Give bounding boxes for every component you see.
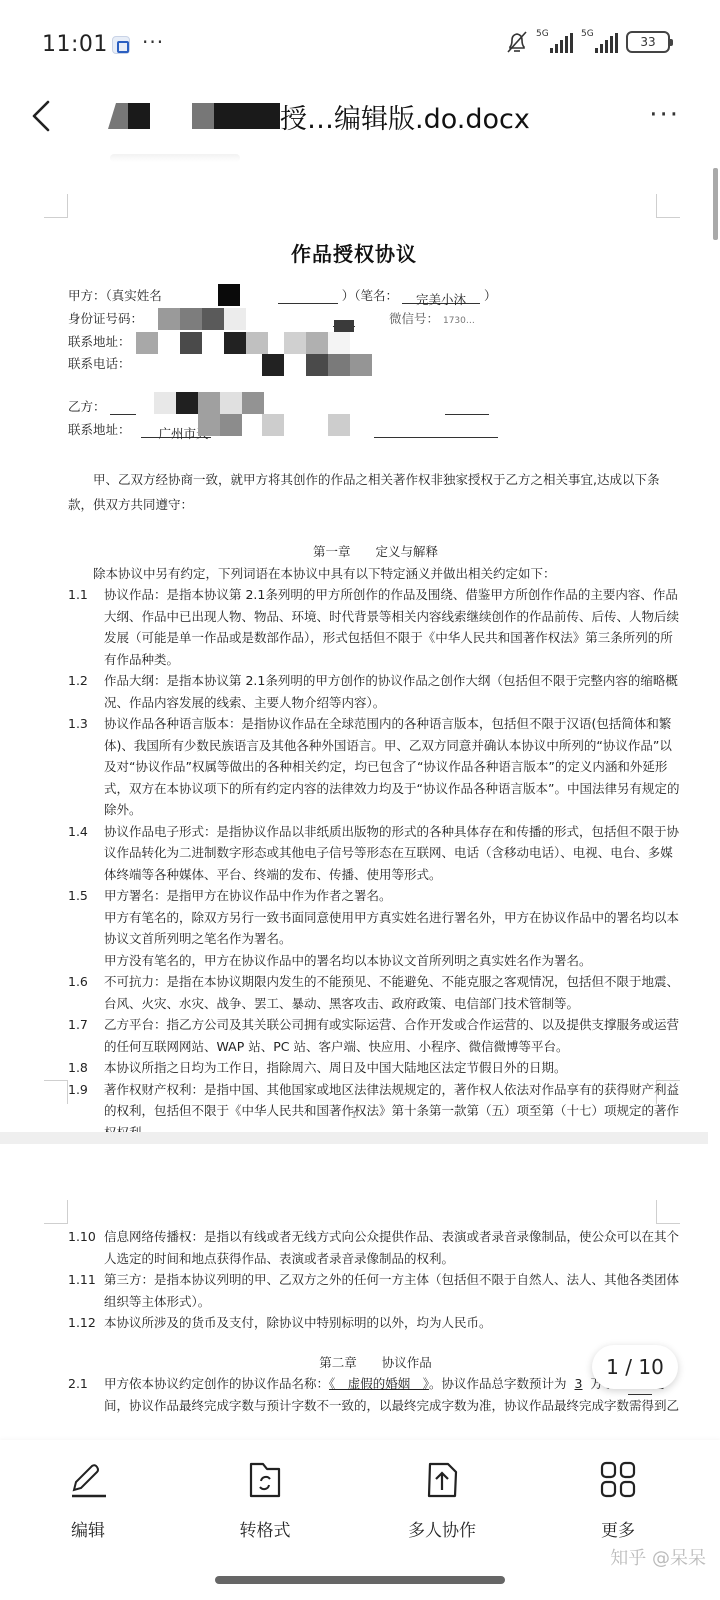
redacted-filename-part (128, 103, 150, 129)
clause-1-5-sub-2: 甲方没有笔名的，甲方在协议作品中的署名均以本协议文首所列明之真实姓名作为署名。 (68, 950, 683, 972)
notification-app-icon (112, 36, 130, 54)
status-bar: 11:01 ··· 5G 5G 33 (0, 0, 720, 80)
bell-muted-icon (506, 30, 528, 54)
redacted-filename-part (108, 103, 128, 129)
clause-1-11: 1.11第三方：是指本协议列明的甲、乙双方之外的任何一方主体（包括但不限于自然人… (68, 1269, 683, 1312)
chapter-2-heading: 第二章 协议作品 (68, 1352, 683, 1374)
filename-text: 授…编辑版.do.docx (280, 97, 530, 136)
clause-1-3: 1.3协议作品各种语言版本：是指协议作品在全球范围内的各种语言版本，包括但不限于… (68, 713, 683, 821)
margin-corner-mark (44, 1080, 68, 1104)
status-indicators: 5G 5G 33 (506, 30, 670, 54)
page-number: 1 (0, 1110, 708, 1121)
party-b-row: 乙方： (68, 397, 489, 415)
signal-5g-1-icon: 5G (536, 31, 573, 53)
share-collab-icon (382, 1460, 502, 1500)
pen-name-value: 完美小沐 (402, 290, 480, 304)
clause-1-6: 1.6不可抗力：是指在本协议期限内发生的不能预见、不能避免、不能克服之客观情况，… (68, 971, 683, 1014)
convert-format-label: 转格式 (205, 1516, 325, 1541)
clause-1-1: 1.1协议作品：是指本协议第 2.1条列明的甲方所创作的作品及围绕、借鉴甲方所创… (68, 584, 683, 670)
document-title-bar: 授…编辑版.do.docx ··· (0, 80, 720, 160)
clause-1-5-sub-1: 甲方有笔名的，除双方另行一致书面同意使用甲方真实姓名进行署名外，甲方在协议作品中… (68, 907, 683, 950)
edit-button[interactable]: 编辑 (28, 1460, 148, 1541)
margin-corner-mark (656, 1200, 680, 1224)
clause-1-4: 1.4协议作品电子形式：是指协议作品以非纸质出版物的形式的各种具体存在和传播的形… (68, 821, 683, 886)
status-overflow-dots: ··· (142, 30, 164, 54)
clause-1-5: 1.5甲方署名：是指甲方在协议作品中作为作者之署名。 (68, 885, 683, 907)
chapter-1-lead: 除本协议中另有约定，下列词语在本协议中具有以下特定涵义并做出相关约定如下： (68, 563, 683, 585)
status-time: 11:01 (42, 32, 108, 57)
document-page-1[interactable]: 作品授权协议 甲方：（真实姓名 ）（笔名： 完美小沐 ） 身份证号码： 微信号：… (0, 162, 708, 1132)
redacted-filename-part (192, 103, 214, 129)
redacted-filename-part (214, 103, 280, 129)
margin-corner-mark (44, 194, 68, 218)
margin-corner-mark (656, 194, 680, 218)
document-filename: 授…编辑版.do.docx (108, 98, 530, 134)
word-count: 3 (567, 1376, 591, 1391)
back-arrow-icon[interactable] (22, 96, 62, 136)
margin-corner-mark (44, 1200, 68, 1224)
work-title: 《 虚假的婚姻 》 (329, 1376, 429, 1391)
clause-1-8: 1.8本协议所指之日均为工作日，指除周六、周日及中国大陆地区法定节假日外的日期。 (68, 1057, 683, 1079)
document-body-page-2: 1.10信息网络传播权：是指以有线或者无线方式向公众提供作品、表演或者录音录像制… (68, 1226, 683, 1414)
clause-1-12: 1.12本协议所涉及的货币及支付，除协议中特别标明的以外，均为人民币。 (68, 1312, 683, 1334)
convert-format-icon (205, 1460, 325, 1500)
document-heading: 作品授权协议 (0, 238, 708, 267)
more-label: 更多 (558, 1516, 678, 1541)
chapter-1-heading: 第一章 定义与解释 (68, 541, 683, 563)
clause-1-10: 1.10信息网络传播权：是指以有线或者无线方式向公众提供作品、表演或者录音录像制… (68, 1226, 683, 1269)
party-a-name-row: 甲方：（真实姓名 ）（笔名： 完美小沐 ） (68, 286, 496, 304)
battery-icon: 33 (626, 31, 670, 53)
party-a-phone-row: 联系电话： (68, 354, 131, 372)
collaborate-label: 多人协作 (382, 1516, 502, 1541)
clause-1-2: 1.2作品大纲：是指本协议第 2.1条列明的甲方创作的协议作品之创作大纲（包括但… (68, 670, 683, 713)
clause-1-7: 1.7乙方平台：指乙方公司及其关联公司拥有或实际运营、合作开发或合作运营的、以及… (68, 1014, 683, 1057)
title-shadow (110, 154, 240, 162)
collaborate-button[interactable]: 多人协作 (382, 1460, 502, 1541)
signal-5g-2-icon: 5G (581, 31, 618, 53)
grid-more-icon (558, 1460, 678, 1500)
document-body: 甲、乙双方经协商一致，就甲方将其创作的作品之相关著作权非独家授权于乙方之相关事宜… (68, 467, 683, 1143)
more-options-button[interactable]: ··· (649, 100, 680, 130)
vertical-scrollbar[interactable] (713, 168, 718, 240)
intro-paragraph: 甲、乙双方经协商一致，就甲方将其创作的作品之相关著作权非独家授权于乙方之相关事宜… (68, 467, 683, 517)
page-counter-badge: 1 / 10 (592, 1345, 678, 1389)
more-button[interactable]: 更多 (558, 1460, 678, 1541)
page-separator (0, 1132, 708, 1144)
edit-pencil-icon (28, 1460, 148, 1500)
zhihu-watermark: 知乎 @呆呆 (610, 1544, 706, 1570)
party-a-id-row: 身份证号码： 微信号： 1730… (68, 309, 475, 327)
home-indicator[interactable] (215, 1576, 505, 1584)
clause-2-1: 2.1 甲方依本协议约定创作的协议作品名称：《 虚假的婚姻 》。协议作品总字数预… (68, 1373, 683, 1414)
edit-label: 编辑 (28, 1516, 148, 1541)
convert-format-button[interactable]: 转格式 (205, 1460, 325, 1541)
party-a-address-row: 联系地址： (68, 332, 131, 350)
